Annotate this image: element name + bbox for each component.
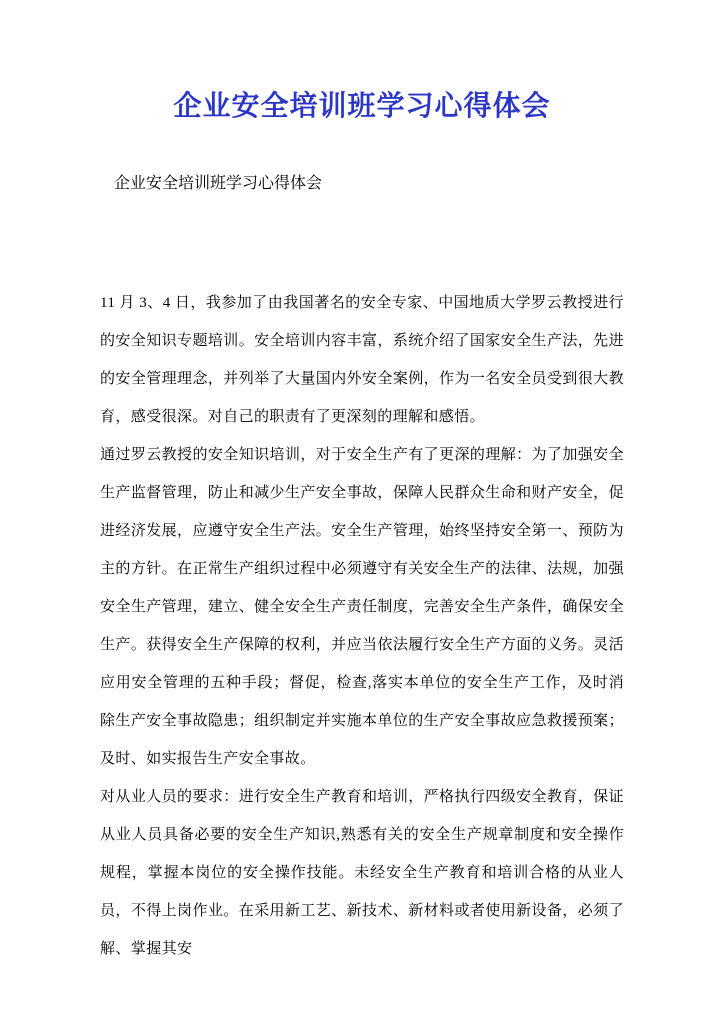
body-paragraph: 通过罗云教授的安全知识培训，对于安全生产有了更深的理解：为了加强安全生产监督管理…: [100, 436, 624, 778]
document-page: 企业安全培训班学习心得体会 企业安全培训班学习心得体会 11 月 3、4 日，我…: [0, 0, 721, 1020]
body-paragraph: 对从业人员的要求：进行安全生产教育和培训，严格执行四级安全教育，保证从业人员具备…: [100, 778, 624, 968]
document-body: 11 月 3、4 日，我参加了由我国著名的安全专家、中国地质大学罗云教授进行的安…: [100, 284, 624, 968]
body-paragraph: 11 月 3、4 日，我参加了由我国著名的安全专家、中国地质大学罗云教授进行的安…: [100, 284, 624, 436]
document-title: 企业安全培训班学习心得体会: [100, 88, 624, 126]
document-subtitle: 企业安全培训班学习心得体会: [100, 174, 624, 194]
